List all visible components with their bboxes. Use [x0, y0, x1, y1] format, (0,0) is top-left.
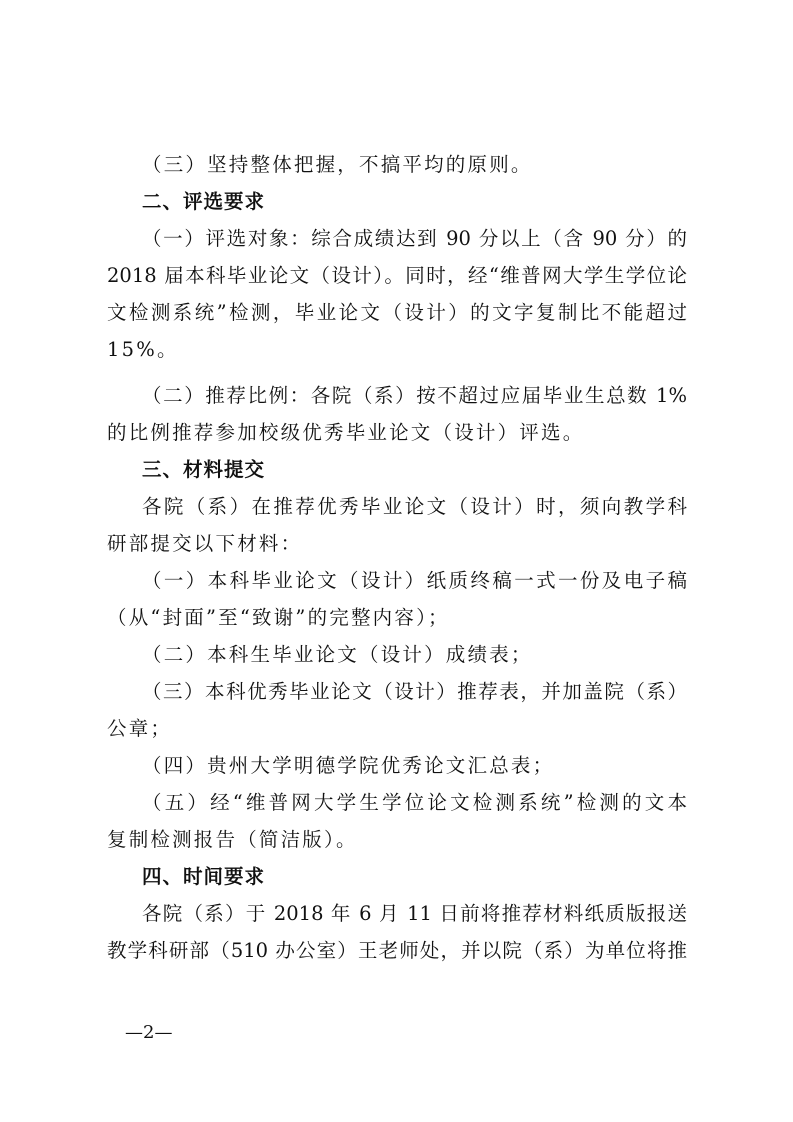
- list-item-material-2: （二）本科生毕业论文（设计）成绩表；: [142, 643, 687, 667]
- section-heading-4: 四、时间要求: [142, 865, 722, 889]
- list-item-material-3: （三）本科优秀毕业论文（设计）推荐表，并加盖院（系）: [142, 680, 687, 704]
- list-item-material-1: （一）本科毕业论文（设计）纸质终稿一式一份及电子稿: [142, 569, 687, 593]
- paragraph-materials-intro: 各院（系）在推荐优秀毕业论文（设计）时，须向教学科: [142, 495, 687, 519]
- paragraph-principle-3: （三）坚持整体把握，不搞平均的原则。: [142, 153, 687, 177]
- paragraph-time-requirement-cont: 教学科研部（510 办公室）王老师处，并以院（系）为单位将推: [107, 939, 687, 963]
- paragraph-time-requirement: 各院（系）于 2018 年 6 月 11 日前将推荐材料纸质版报送: [142, 902, 687, 926]
- section-heading-2: 二、评选要求: [142, 190, 722, 214]
- list-item-material-3-cont: 公章；: [107, 717, 687, 741]
- list-item-material-5: （五）经“维普网大学生学位论文检测系统”检测的文本: [142, 791, 687, 815]
- paragraph-requirement-1-cont: 2018 届本科毕业论文（设计）。同时，经“维普网大学生学位论: [107, 264, 687, 288]
- paragraph-requirement-1: （一）评选对象：综合成绩达到 90 分以上（含 90 分）的: [142, 227, 687, 251]
- section-heading-3: 三、材料提交: [142, 458, 722, 482]
- paragraph-requirement-2: （二）推荐比例：各院（系）按不超过应届毕业生总数 1%: [142, 384, 687, 408]
- list-item-material-1-cont: （从“封面”至“致谢”的完整内容）；: [107, 606, 687, 630]
- paragraph-requirement-1-cont: 文检测系统”检测，毕业论文（设计）的文字复制比不能超过: [107, 301, 687, 325]
- paragraph-requirement-1-cont: 15%。: [107, 338, 687, 362]
- list-item-material-4: （四）贵州大学明德学院优秀论文汇总表；: [142, 754, 687, 778]
- paragraph-materials-intro-cont: 研部提交以下材料：: [107, 532, 687, 556]
- paragraph-requirement-2-cont: 的比例推荐参加校级优秀毕业论文（设计）评选。: [107, 421, 687, 445]
- document-page: （三）坚持整体把握，不搞平均的原则。 二、评选要求 （一）评选对象：综合成绩达到…: [0, 0, 793, 1122]
- page-number: —2—: [125, 1022, 172, 1043]
- list-item-material-5-cont: 复制检测报告（简洁版）。: [107, 828, 687, 852]
